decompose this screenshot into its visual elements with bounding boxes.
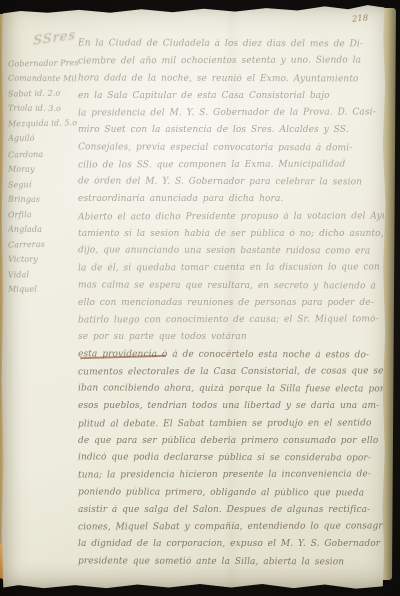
manuscript-line: dijo, que anunciando una sesion bastante… <box>78 245 389 263</box>
manuscript-line: la dignidad de la corporacion, expuso el… <box>78 539 389 556</box>
manuscript-line: ciembre del año mil ochocientos setenta … <box>78 56 389 74</box>
attendee-name: Vidal <box>8 270 78 286</box>
page-number: 218 <box>352 13 369 24</box>
manuscript-body-text: En la Ciudad de Ciudadela á los diez dia… <box>78 39 389 574</box>
manuscript-line: Consejales, previa especial convocatoria… <box>78 142 389 160</box>
manuscript-line: presidente que sometió ante la Silla, ab… <box>78 556 389 574</box>
manuscript-scan-photo: 218 SSres Gobernador Presid.teComandante… <box>0 0 400 596</box>
manuscript-line: mas calma se espera que resultara, en se… <box>78 280 389 298</box>
attendee-name: Anglada <box>8 225 78 241</box>
manuscript-line: de que para ser pública deberia primero … <box>78 436 389 453</box>
manuscript-line: tuna; la presidencia hicieron presente l… <box>78 470 389 488</box>
manuscript-line: batirlo luego con conocimiento de causa;… <box>78 314 389 332</box>
manuscript-line: poniendo pública primero, obligando al p… <box>78 487 389 505</box>
attendee-name: Seguí <box>8 179 78 195</box>
manuscript-line: Abierto el acto dicho Presidente propuso… <box>78 211 389 229</box>
attendee-name: Mezquida id. 5.o <box>8 119 78 135</box>
attendee-name: Aguiló <box>8 134 78 150</box>
manuscript-line: cilio de los SS. que componen la Exma. M… <box>78 159 389 177</box>
manuscript-line: tamiento si la sesion habia de ser públi… <box>78 229 389 246</box>
manuscript-line: ello con mencionadas reuniones de person… <box>78 298 389 315</box>
manuscript-line: En la Ciudad de Ciudadela á los diez dia… <box>78 38 389 56</box>
attendee-name: Victory <box>8 255 78 271</box>
manuscript-line: plitud al debate. El Sabat tambien se pr… <box>78 418 389 436</box>
manuscript-line: la de él, si quedaba tomar cuenta en la … <box>78 263 389 281</box>
attendee-name: Moray <box>8 164 78 180</box>
manuscript-line: hora dada de la noche, se reunió el Exmo… <box>78 73 389 91</box>
manuscript-line: ciones, Miquel Sabat y compañía, entendi… <box>78 521 389 539</box>
manuscript-line: estraordinaria anunciada para dicha hora… <box>78 194 389 211</box>
manuscript-line: asistir á que salga del Salon. Despues d… <box>78 505 389 522</box>
attendee-name: Miquel <box>8 285 78 301</box>
attendee-name: Bringas <box>8 195 78 211</box>
attendee-name: Carreras <box>8 240 78 256</box>
manuscript-line: se por su parte que todos votáran <box>78 332 389 349</box>
manuscript-line: indicó que podia declararse pública si s… <box>78 452 389 470</box>
attendee-name: Orfila <box>8 209 78 225</box>
attendee-name: Comandante Mil. 1.o <box>8 74 78 90</box>
margin-rubric: SSres <box>33 28 76 49</box>
attendee-name: Triola id. 3.o <box>8 104 78 120</box>
manuscript-line: de órden del M. Y. S. Gobernador para ce… <box>78 176 389 194</box>
manuscript-line: esta providencia ó á de conocértelo esta… <box>78 349 389 367</box>
manuscript-line: en la Sala Capitular de esta Casa Consis… <box>78 91 389 108</box>
manuscript-line: iban concibiendo ahora, quizá porque la … <box>78 383 389 401</box>
manuscript-line: esos pueblos, tendrian todos una liberta… <box>78 401 389 418</box>
attendee-name: Sabat id. 2.o <box>8 89 78 105</box>
attendee-name: Gobernador Presid.te <box>8 58 78 74</box>
manuscript-line: cumentos electorales de la Casa Consisto… <box>78 366 389 384</box>
manuscript-line: miro Suet con la asistencia de los Sres.… <box>78 125 389 142</box>
manuscript-line: la presidencia del M. Y. S. Gobernador d… <box>78 107 389 125</box>
attendee-list: Gobernador Presid.teComandante Mil. 1.oS… <box>8 59 78 301</box>
attendee-name: Cardona <box>8 149 78 165</box>
manuscript-page: 218 SSres Gobernador Presid.teComandante… <box>1 4 391 591</box>
